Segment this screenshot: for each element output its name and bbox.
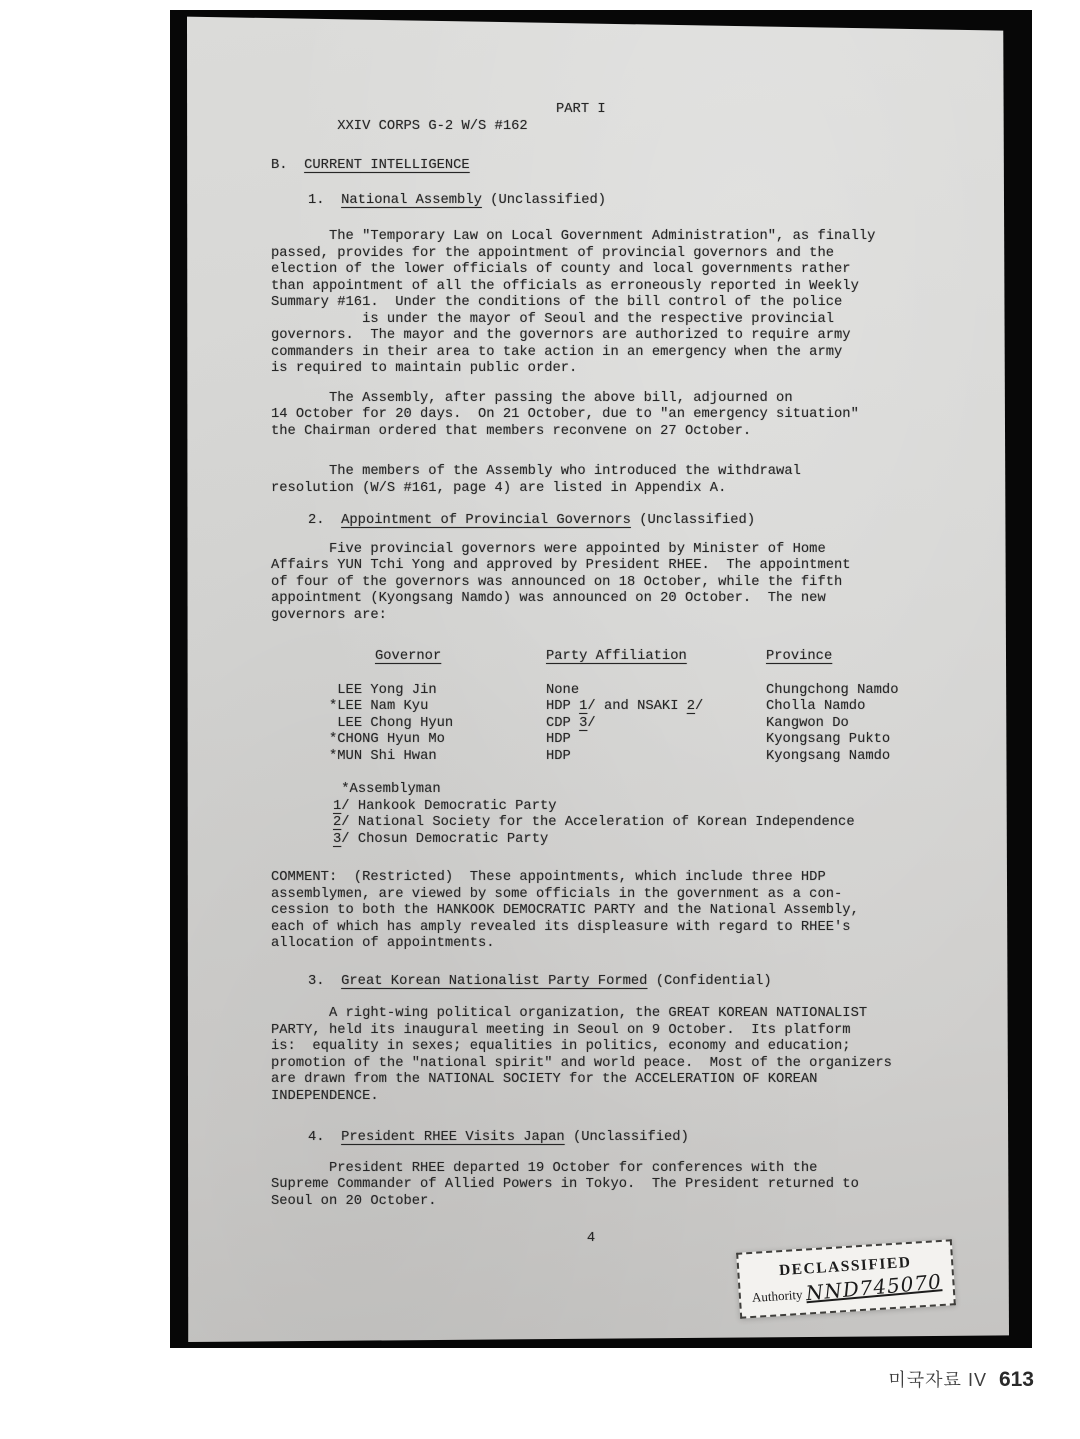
footnote-line: 2/ National Society for the Acceleration…: [333, 815, 951, 832]
text-line: 14 October for 20 days. On 21 October, d…: [271, 407, 951, 424]
cell-province: Chungchong Namdo: [766, 683, 951, 700]
footnotes: *Assemblyman1/ Hankook Democratic Party2…: [333, 782, 951, 848]
cell-governor: LEE Yong Jin: [329, 683, 546, 700]
heading-classification: (Unclassified): [573, 1130, 689, 1145]
text-line: INDEPENDENCE.: [271, 1089, 951, 1106]
cell-party: HDP 1/ and NSAKI 2/: [546, 699, 766, 716]
heading-title: CURRENT INTELLIGENCE: [304, 158, 470, 173]
text-line: Five provincial governors were appointed…: [271, 542, 951, 559]
cell-party: HDP: [546, 732, 766, 749]
section-heading: B. CURRENT INTELLIGENCE: [271, 158, 951, 175]
scanned-page: XXIV CORPS G-2 W/S #162 PART I B. CURREN…: [0, 0, 1080, 1439]
text-line: the Chairman ordered that members reconv…: [271, 424, 951, 441]
text-line: promotion of the "national spirit" and w…: [271, 1056, 951, 1073]
table-header-row: GovernorParty AffiliationProvince: [271, 649, 951, 666]
table-row: LEE Yong JinNoneChungchong Namdo: [271, 683, 951, 700]
heading-classification: (Unclassified): [639, 513, 755, 528]
heading-number: 2.: [308, 513, 325, 528]
cell-governor: *MUN Shi Hwan: [329, 749, 546, 766]
text-line: Summary #161. Under the conditions of th…: [271, 295, 951, 312]
heading-number: B.: [271, 158, 288, 173]
governors-table: GovernorParty AffiliationProvince LEE Yo…: [271, 649, 951, 765]
scan-background: XXIV CORPS G-2 W/S #162 PART I B. CURREN…: [170, 10, 1032, 1348]
text-line: PARTY, held its inaugural meeting in Seo…: [271, 1023, 951, 1040]
document-body: B. CURRENT INTELLIGENCE1. National Assem…: [271, 158, 951, 1248]
header-document-id: XXIV CORPS G-2 W/S #162: [337, 119, 527, 134]
heading-title: Appointment of Provincial Governors: [341, 513, 631, 528]
heading-number: 4.: [308, 1130, 325, 1145]
heading-title: Great Korean Nationalist Party Formed: [341, 974, 647, 989]
text-line: The Assembly, after passing the above bi…: [271, 391, 951, 408]
section-heading: 2. Appointment of Provincial Governors (…: [308, 513, 951, 530]
heading-classification: (Confidential): [656, 974, 772, 989]
authority-label: Authority: [751, 1286, 802, 1305]
paragraph: The "Temporary Law on Local Government A…: [271, 229, 951, 378]
table-row: *LEE Nam KyuHDP 1/ and NSAKI 2/Cholla Na…: [271, 699, 951, 716]
cell-governor: LEE Chong Hyun: [329, 716, 546, 733]
page-number: 4: [271, 1231, 911, 1248]
document-paper: XXIV CORPS G-2 W/S #162 PART I B. CURREN…: [187, 14, 1009, 1342]
text-line: governors are:: [271, 608, 951, 625]
text-line: A right-wing political organization, the…: [271, 1006, 951, 1023]
text-line: appointment (Kyongsang Namdo) was announ…: [271, 591, 951, 608]
text-line: is under the mayor of Seoul and the resp…: [271, 312, 951, 329]
text-line: Seoul on 20 October.: [271, 1194, 951, 1211]
text-line: are drawn from the NATIONAL SOCIETY for …: [271, 1072, 951, 1089]
caption-series-title: 미국자료 IV: [888, 1366, 987, 1392]
table-row: LEE Chong HyunCDP 3/Kangwon Do: [271, 716, 951, 733]
cell-party: HDP: [546, 749, 766, 766]
col-header-party: Party Affiliation: [546, 649, 766, 666]
text-line: President RHEE departed 19 October for c…: [271, 1161, 951, 1178]
cell-province: Cholla Namdo: [766, 699, 951, 716]
text-line: passed, provides for the appointment of …: [271, 246, 951, 263]
text-line: each of which has amply revealed its dis…: [271, 920, 951, 937]
cell-party: None: [546, 683, 766, 700]
text-line: assemblymen, are viewed by some official…: [271, 887, 951, 904]
cell-province: Kangwon Do: [766, 716, 951, 733]
text-line: cession to both the HANKOOK DEMOCRATIC P…: [271, 903, 951, 920]
text-line: Affairs YUN Tchi Yong and approved by Pr…: [271, 558, 951, 575]
section-heading: 4. President RHEE Visits Japan (Unclassi…: [308, 1130, 951, 1147]
footnote-line: 1/ Hankook Democratic Party: [333, 799, 951, 816]
section-heading: 1. National Assembly (Unclassified): [308, 193, 951, 210]
text-line: Supreme Commander of Allied Powers in To…: [271, 1177, 951, 1194]
text-line: resolution (W/S #161, page 4) are listed…: [271, 481, 951, 498]
cell-province: Kyongsang Namdo: [766, 749, 951, 766]
heading-classification: (Unclassified): [490, 193, 606, 208]
paragraph: COMMENT: (Restricted) These appointments…: [271, 870, 951, 953]
heading-title: President RHEE Visits Japan: [341, 1130, 565, 1145]
cell-province: Kyongsang Pukto: [766, 732, 951, 749]
declassified-stamp: DECLASSIFIED Authority NND745070: [736, 1239, 956, 1318]
caption-page-number: 613: [999, 1368, 1034, 1392]
col-header-governor: Governor: [329, 649, 546, 666]
paragraph: Five provincial governors were appointed…: [271, 542, 951, 625]
text-line: than appointment of all the officials as…: [271, 279, 951, 296]
text-line: The "Temporary Law on Local Government A…: [271, 229, 951, 246]
text-line: is required to maintain public order.: [271, 361, 951, 378]
text-line: commanders in their area to take action …: [271, 345, 951, 362]
paragraph: A right-wing political organization, the…: [271, 1006, 951, 1105]
cell-governor: *CHONG Hyun Mo: [329, 732, 546, 749]
paragraph: The Assembly, after passing the above bi…: [271, 391, 951, 441]
text-line: of four of the governors was announced o…: [271, 575, 951, 592]
footnote-line: *Assemblyman: [333, 782, 951, 799]
header-part-label: PART I: [556, 102, 606, 119]
paragraph: President RHEE departed 19 October for c…: [271, 1161, 951, 1211]
section-heading: 3. Great Korean Nationalist Party Formed…: [308, 974, 951, 991]
table-row: *MUN Shi HwanHDPKyongsang Namdo: [271, 749, 951, 766]
text-line: allocation of appointments.: [271, 936, 951, 953]
book-footer-caption: 미국자료 IV 613: [888, 1366, 1034, 1392]
paragraph: The members of the Assembly who introduc…: [271, 464, 951, 497]
text-line: is: equality in sexes; equalities in pol…: [271, 1039, 951, 1056]
cell-governor: *LEE Nam Kyu: [329, 699, 546, 716]
heading-number: 1.: [308, 193, 325, 208]
cell-party: CDP 3/: [546, 716, 766, 733]
text-line: governors. The mayor and the governors a…: [271, 328, 951, 345]
footnote-line: 3/ Chosun Democratic Party: [333, 832, 951, 849]
heading-title: National Assembly: [341, 193, 482, 208]
heading-number: 3.: [308, 974, 325, 989]
text-line: The members of the Assembly who introduc…: [271, 464, 951, 481]
table-row: *CHONG Hyun MoHDPKyongsang Pukto: [271, 732, 951, 749]
text-line: election of the lower officials of count…: [271, 262, 951, 279]
col-header-province: Province: [766, 649, 951, 666]
text-line: COMMENT: (Restricted) These appointments…: [271, 870, 951, 887]
